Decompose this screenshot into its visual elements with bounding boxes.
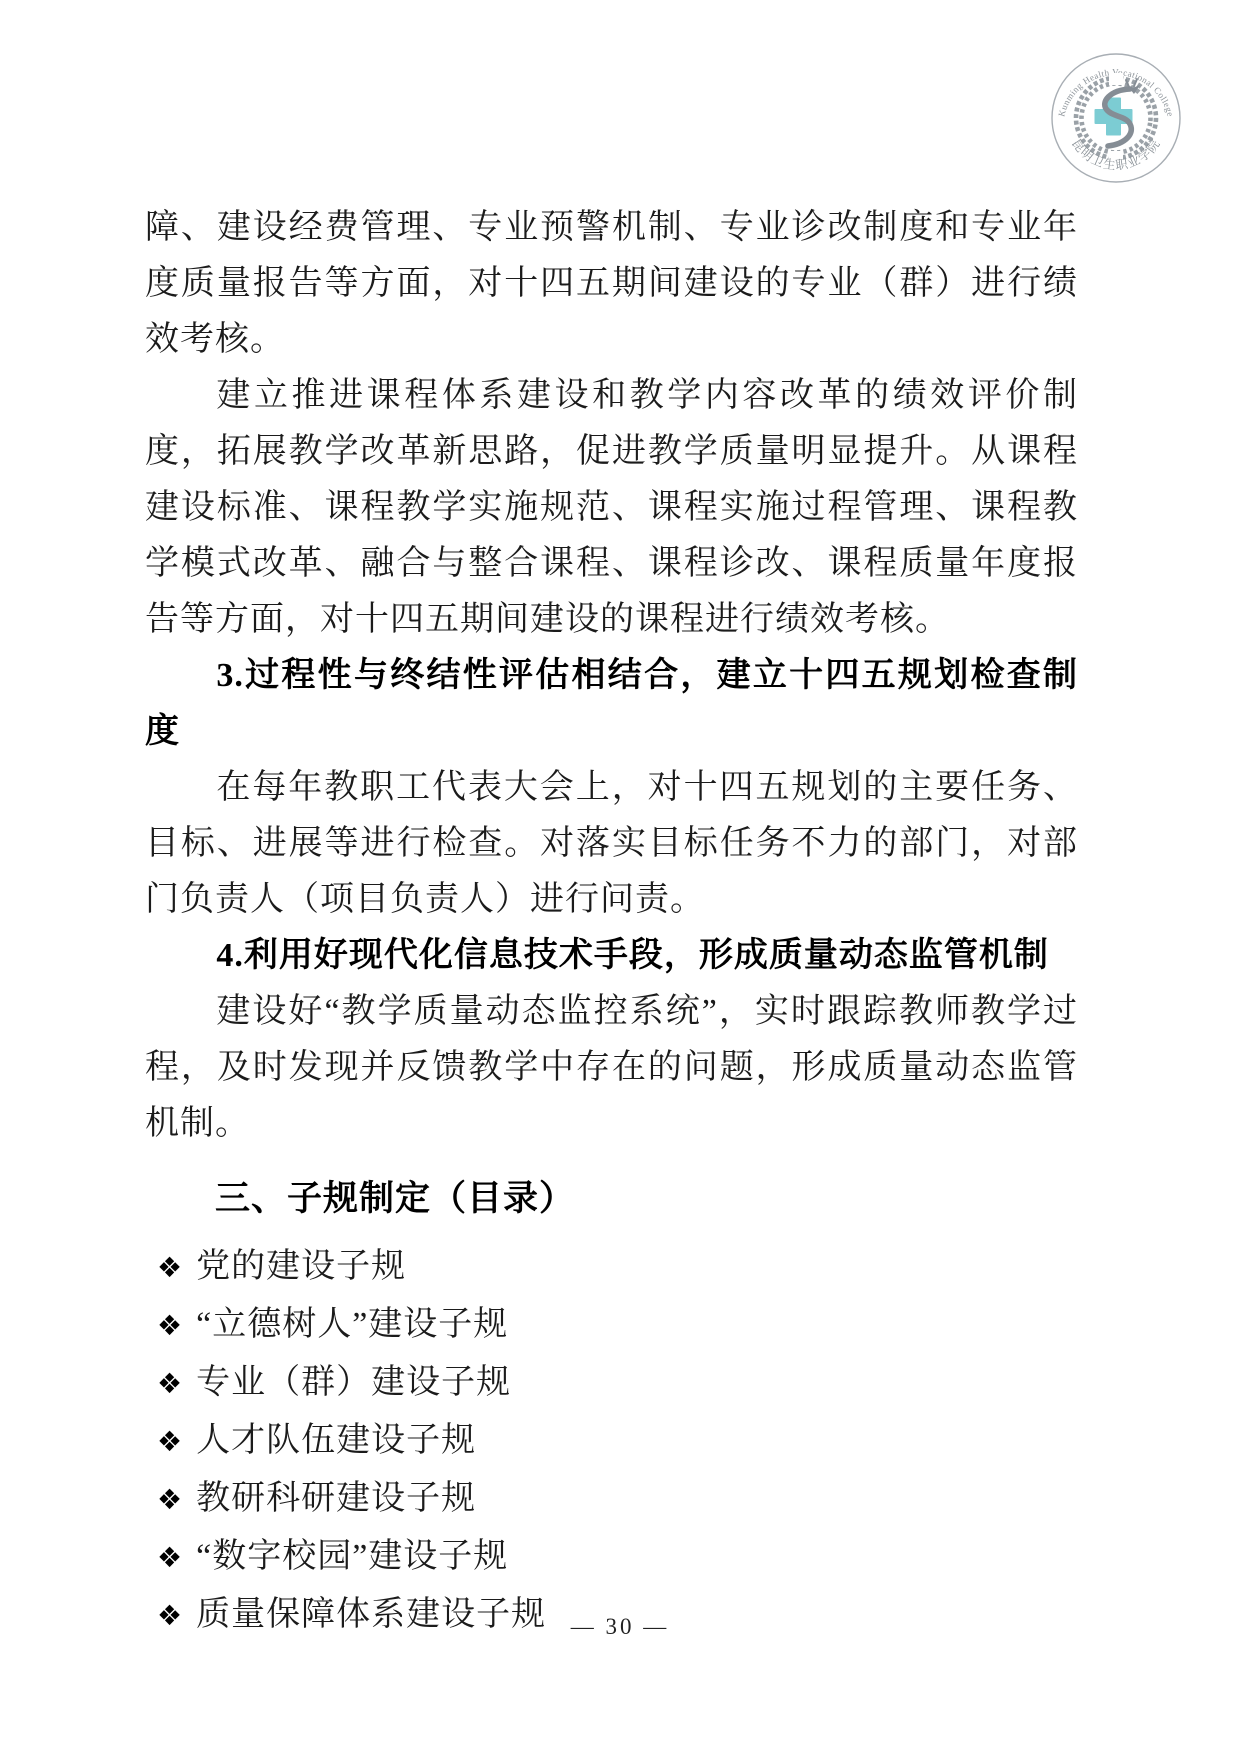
diamond-bullet-icon: ❖ xyxy=(157,1529,183,1586)
section-heading-sub-plans-catalog: 三、子规制定（目录） xyxy=(145,1170,1078,1228)
college-seal-logo: Kunming Health Vocational College 昆明卫生职业… xyxy=(1050,52,1182,184)
heading-3-inspection-system: 3.过程性与终结性评估相结合，建立十四五规划检查制度 xyxy=(145,648,1078,760)
paragraph-curriculum-evaluation: 建立推进课程体系建设和教学内容改革的绩效评价制度，拓展教学改革新思路，促进教学质… xyxy=(145,368,1078,648)
diamond-bullet-icon: ❖ xyxy=(157,1471,183,1528)
document-page: Kunming Health Vocational College 昆明卫生职业… xyxy=(0,0,1240,1754)
list-item: ❖ 党的建设子规 xyxy=(157,1238,1078,1296)
list-item: ❖ 人才队伍建设子规 xyxy=(157,1412,1078,1470)
list-item: ❖ “数字校园”建设子规 xyxy=(157,1528,1078,1586)
heading-4-dynamic-monitoring: 4.利用好现代化信息技术手段，形成质量动态监管机制 xyxy=(145,928,1078,984)
diamond-bullet-icon: ❖ xyxy=(157,1297,183,1354)
list-item-label: “数字校园”建设子规 xyxy=(196,1528,508,1585)
page-number: — 30 — xyxy=(0,1612,1240,1642)
list-item-label: 教研科研建设子规 xyxy=(196,1470,476,1527)
list-item: ❖ 教研科研建设子规 xyxy=(157,1470,1078,1528)
paragraph-staff-congress-check: 在每年教职工代表大会上，对十四五规划的主要任务、目标、进展等进行检查。对落实目标… xyxy=(145,760,1078,928)
list-item-label: 专业（群）建设子规 xyxy=(196,1354,511,1411)
list-item: ❖ “立德树人”建设子规 xyxy=(157,1296,1078,1354)
diamond-bullet-icon: ❖ xyxy=(157,1355,183,1412)
list-item-label: “立德树人”建设子规 xyxy=(196,1296,508,1353)
list-item: ❖ 专业（群）建设子规 xyxy=(157,1354,1078,1412)
paragraph-performance-review-majors: 障、建设经费管理、专业预警机制、专业诊改制度和专业年度质量报告等方面，对十四五期… xyxy=(145,200,1078,368)
list-item-label: 人才队伍建设子规 xyxy=(196,1412,476,1469)
diamond-bullet-icon: ❖ xyxy=(157,1413,183,1470)
sub-plan-list: ❖ 党的建设子规 ❖ “立德树人”建设子规 ❖ 专业（群）建设子规 ❖ 人才队伍… xyxy=(145,1238,1078,1644)
diamond-bullet-icon: ❖ xyxy=(157,1239,183,1296)
list-item-label: 党的建设子规 xyxy=(196,1238,406,1295)
paragraph-monitoring-system: 建设好“教学质量动态监控系统”，实时跟踪教师教学过程，及时发现并反馈教学中存在的… xyxy=(145,984,1078,1152)
document-body: 障、建设经费管理、专业预警机制、专业诊改制度和专业年度质量报告等方面，对十四五期… xyxy=(145,200,1078,1644)
